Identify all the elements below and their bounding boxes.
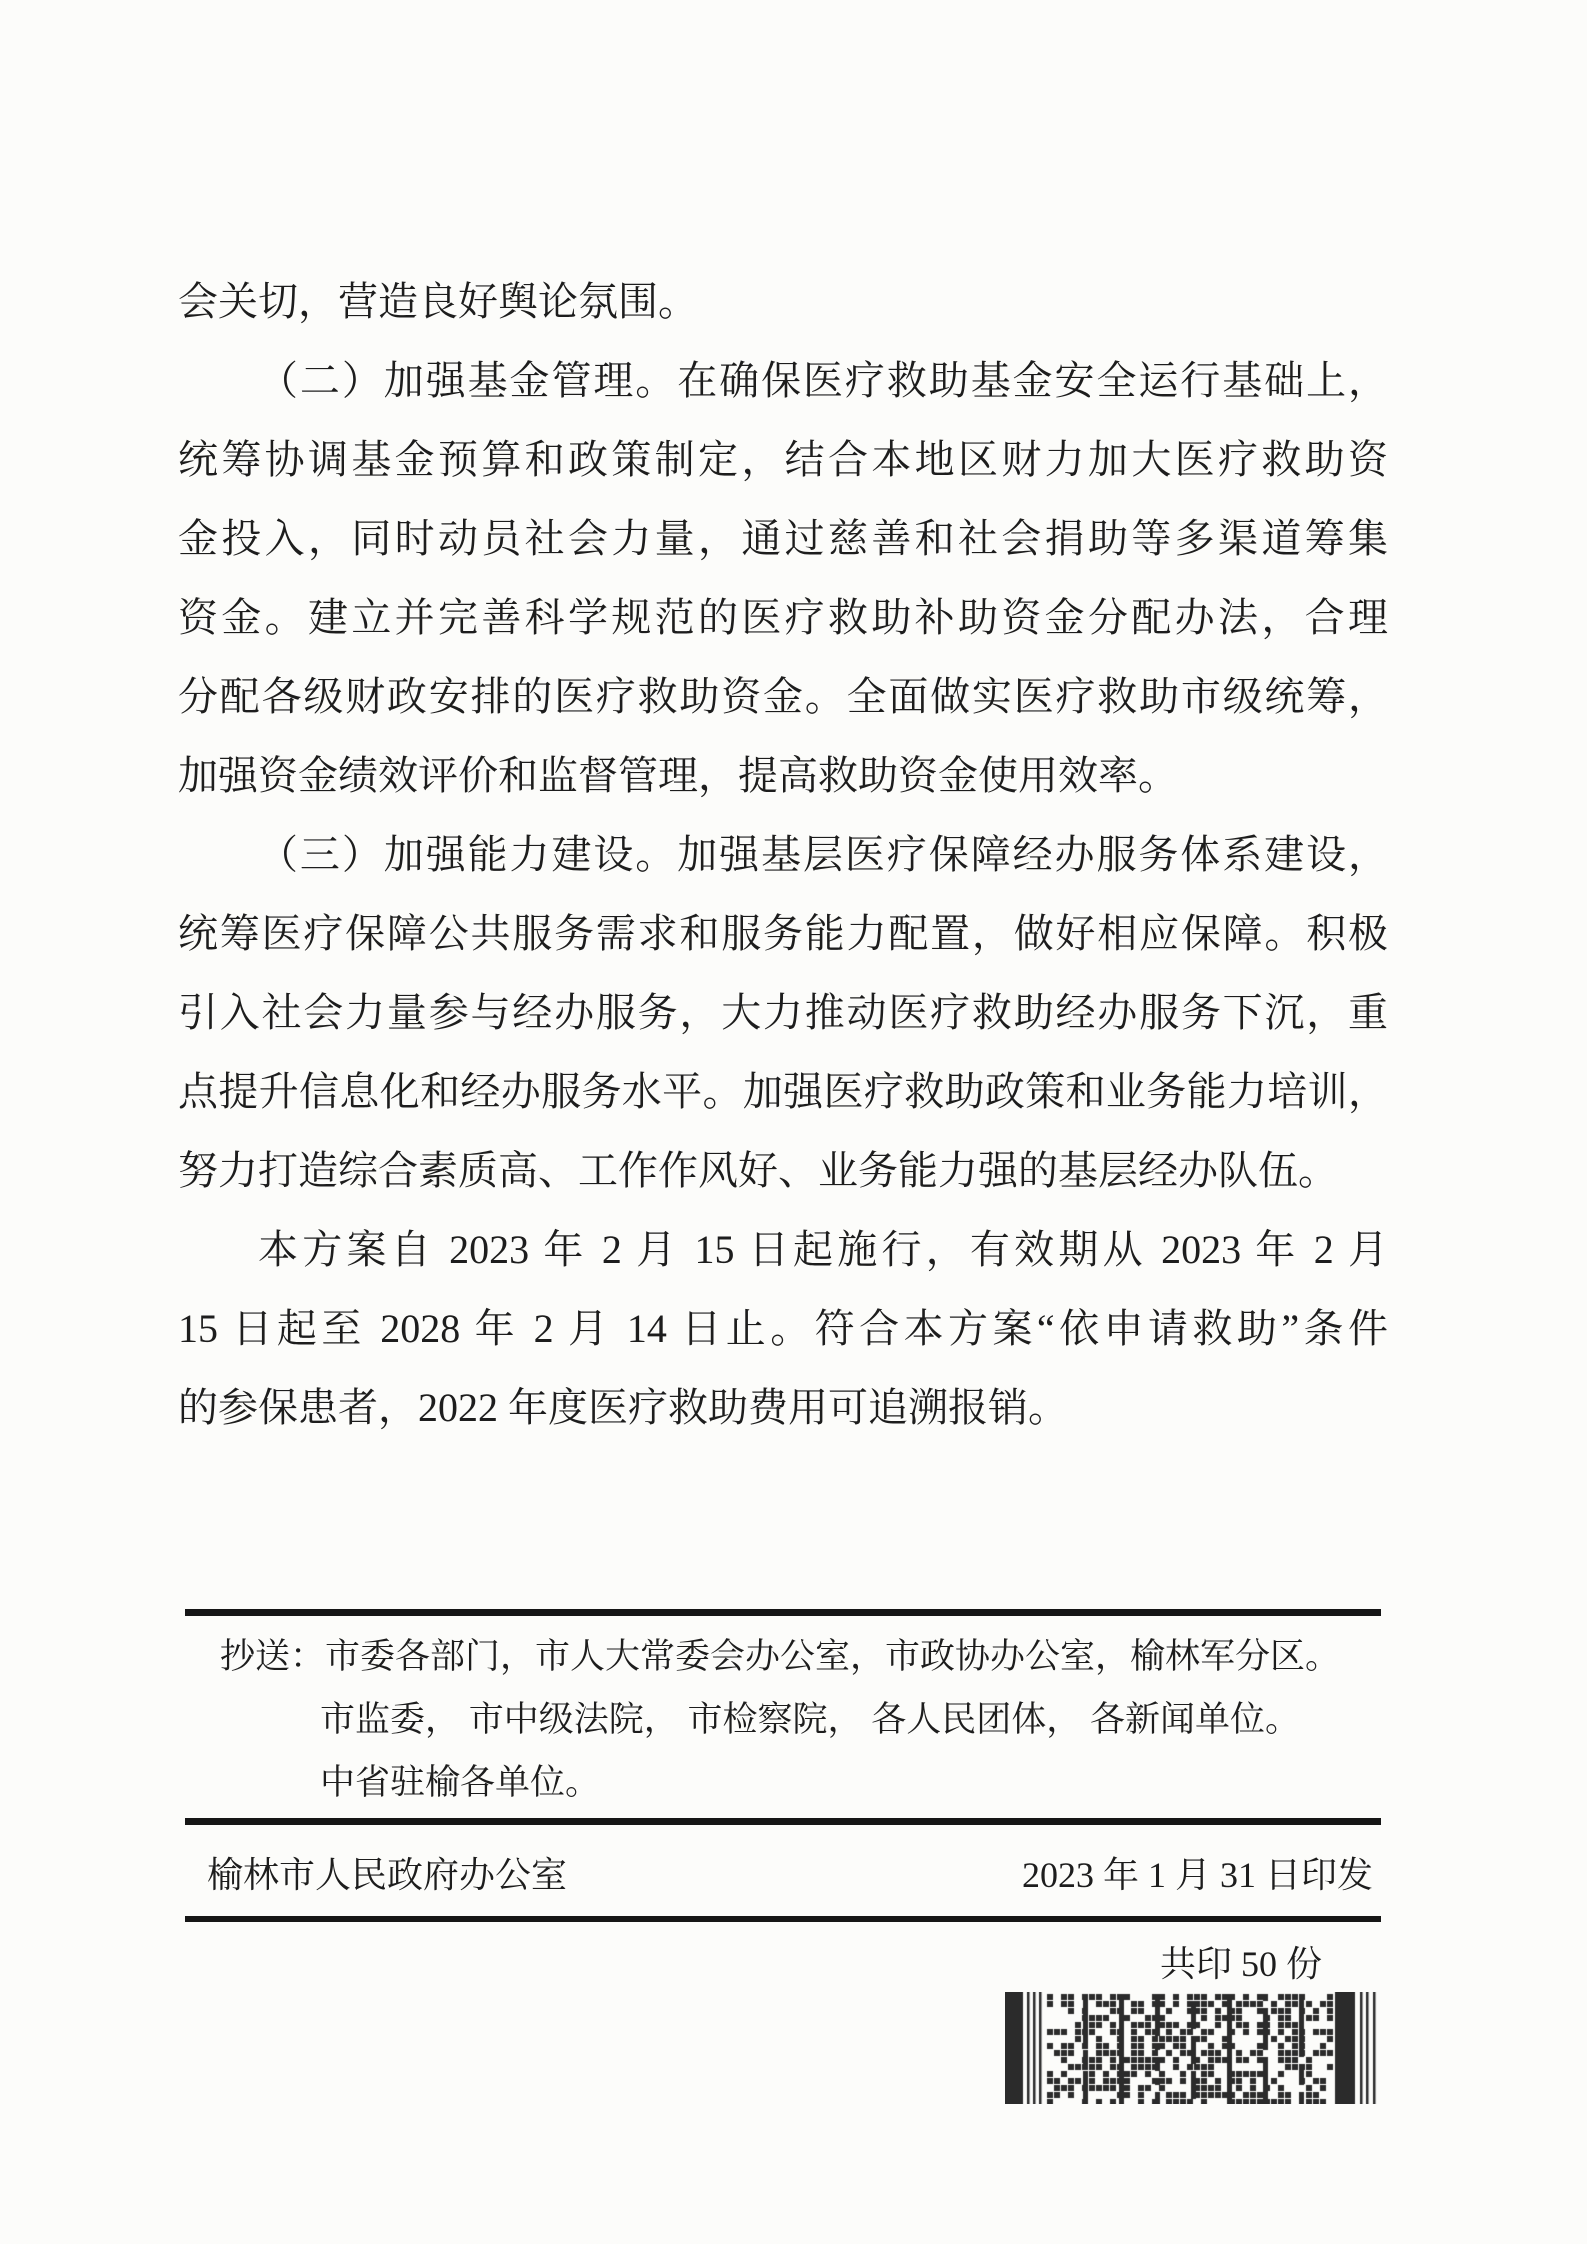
body-line: 金投入，同时动员社会力量，通过慈善和社会捐助等多渠道筹集 <box>178 499 1388 578</box>
body-line: 统筹医疗保障公共服务需求和服务能力配置，做好相应保障。积极 <box>178 894 1388 973</box>
print-date: 2023 年 1 月 31 日印发 <box>1022 1847 1373 1898</box>
body-line: 加强资金绩效评价和监督管理，提高救助资金使用效率。 <box>178 736 1388 815</box>
document-barcode <box>1005 1992 1383 2104</box>
body-line: 统筹协调基金预算和政策制定，结合本地区财力加大医疗救助资 <box>178 420 1388 499</box>
body-line: 分配各级财政安排的医疗救助资金。全面做实医疗救助市级统筹， <box>178 657 1388 736</box>
copy-to-line: 抄送：市委各部门，市人大常委会办公室，市政协办公室，榆林军分区。 <box>220 1625 1380 1688</box>
copy-to-block: 抄送：市委各部门，市人大常委会办公室，市政协办公室，榆林军分区。 市监委， 市中… <box>220 1625 1380 1814</box>
body-line: （二）加强基金管理。在确保医疗救助基金安全运行基础上， <box>178 341 1388 420</box>
issuer-row: 榆林市人民政府办公室 2023 年 1 月 31 日印发 <box>207 1850 1373 1894</box>
body-line: （三）加强能力建设。加强基层医疗保障经办服务体系建设， <box>178 815 1388 894</box>
copy-to-line: 市监委， 市中级法院， 市检察院， 各人民团体， 各新闻单位。 <box>320 1688 1380 1751</box>
body-line: 资金。建立并完善科学规范的医疗救助补助资金分配办法，合理 <box>178 578 1388 657</box>
body-line: 的参保患者，2022 年度医疗救助费用可追溯报销。 <box>178 1368 1388 1447</box>
separator-rule-middle <box>185 1818 1381 1825</box>
body-line: 努力打造综合素质高、工作作风好、业务能力强的基层经办队伍。 <box>178 1131 1388 1210</box>
print-copies: 共印 50 份 <box>1160 1942 1322 1986</box>
page-container: 会关切，营造良好舆论氛围。（二）加强基金管理。在确保医疗救助基金安全运行基础上，… <box>0 0 1587 2244</box>
separator-rule-bottom <box>185 1916 1381 1922</box>
body-line: 引入社会力量参与经办服务，大力推动医疗救助经办服务下沉，重 <box>178 973 1388 1052</box>
separator-rule-top <box>185 1609 1381 1616</box>
body-line: 15 日起至 2028 年 2 月 14 日止。符合本方案“依申请救助”条件 <box>178 1289 1388 1368</box>
copy-to-text: 市委各部门，市人大常委会办公室，市政协办公室，榆林军分区。 <box>325 1637 1340 1676</box>
body-line: 会关切，营造良好舆论氛围。 <box>178 262 1388 341</box>
copy-to-line: 中省驻榆各单位。 <box>320 1751 1380 1814</box>
issuer-name: 榆林市人民政府办公室 <box>207 1847 567 1898</box>
copy-to-label: 抄送： <box>220 1637 325 1676</box>
document-body: 会关切，营造良好舆论氛围。（二）加强基金管理。在确保医疗救助基金安全运行基础上，… <box>178 262 1388 1447</box>
body-line: 本方案自 2023 年 2 月 15 日起施行，有效期从 2023 年 2 月 <box>178 1210 1388 1289</box>
body-line: 点提升信息化和经办服务水平。加强医疗救助政策和业务能力培训， <box>178 1052 1388 1131</box>
